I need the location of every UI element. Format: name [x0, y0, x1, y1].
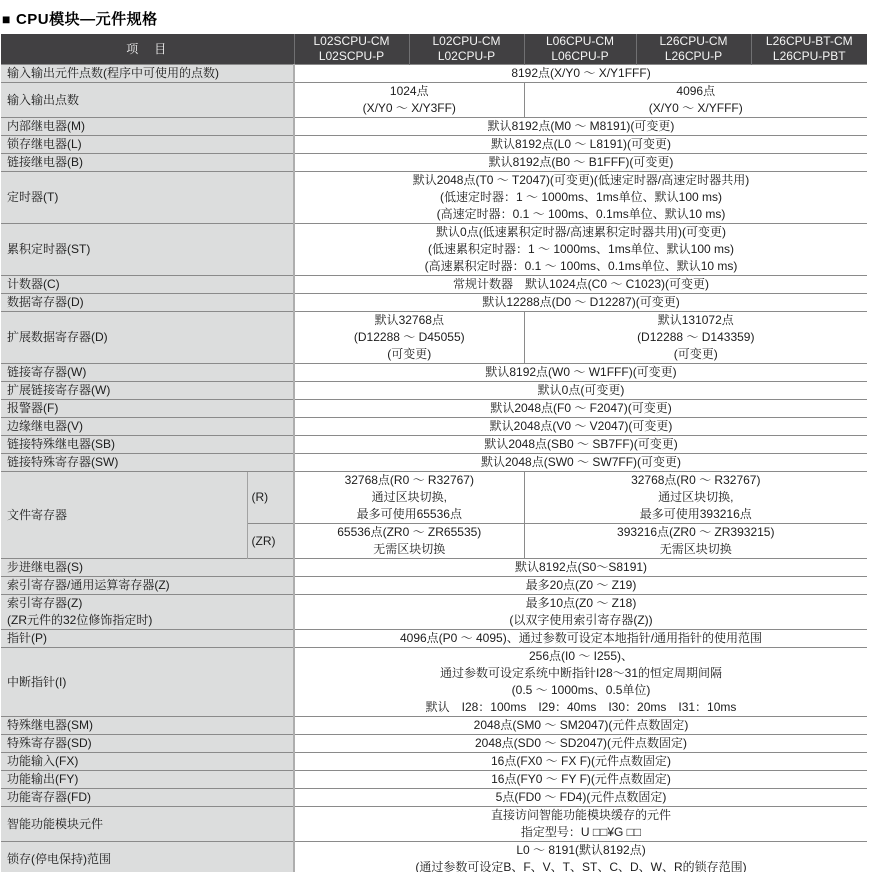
row-value: 4096点(P0 ～ 4095)、通过参数可设定本地指针/通用指针的使用范围 — [294, 630, 867, 648]
row-label: 扩展数据寄存器(D) — [1, 312, 294, 364]
row-label: 计数器(C) — [1, 276, 294, 294]
row-sub-label: (ZR) — [247, 524, 294, 559]
table-row: 内部继电器(M)默认8192点(M0 ～ M8191)(可变更) — [1, 118, 867, 136]
row-value: 默认2048点(F0 ～ F2047)(可变更) — [294, 400, 867, 418]
row-value: 5点(FD0 ～ FD4)(元件点数固定) — [294, 789, 867, 807]
row-label: 索引寄存器(Z)(ZR元件的32位修饰指定时) — [1, 595, 294, 630]
row-group-label: 文件寄存器 — [1, 472, 247, 559]
header-model-label: L02SCPU-CML02SCPU-P — [294, 34, 409, 65]
header-model-label: L26CPU-BT-CML26CPU-PBT — [751, 34, 867, 65]
row-value-left: 1024点(X/Y0 ～ X/Y3FF) — [294, 83, 524, 118]
header-model-label: L26CPU-CML26CPU-P — [636, 34, 751, 65]
row-label: 步进继电器(S) — [1, 559, 294, 577]
header-row: 项 目L02SCPU-CML02SCPU-PL02CPU-CML02CPU-PL… — [1, 34, 867, 65]
row-value: 默认0点(低速累积定时器/高速累积定时器共用)(可变更)(低速累积定时器：1 ～… — [294, 224, 867, 276]
row-label: 索引寄存器/通用运算寄存器(Z) — [1, 577, 294, 595]
table-row: 锁存(停电保持)范围L0 ～ 8191(默认8192点)(通过参数可设定B、F、… — [1, 842, 867, 872]
table-row: 特殊寄存器(SD)2048点(SD0 ～ SD2047)(元件点数固定) — [1, 735, 867, 753]
table-row: 步进继电器(S)默认8192点(S0～S8191) — [1, 559, 867, 577]
row-label: 扩展链接寄存器(W) — [1, 382, 294, 400]
table-row: 指针(P)4096点(P0 ～ 4095)、通过参数可设定本地指针/通用指针的使… — [1, 630, 867, 648]
row-value: L0 ～ 8191(默认8192点)(通过参数可设定B、F、V、T、ST、C、D… — [294, 842, 867, 872]
row-label: 报警器(F) — [1, 400, 294, 418]
row-value: 常规计数器 默认1024点(C0 ～ C1023)(可变更) — [294, 276, 867, 294]
row-label: 定时器(T) — [1, 172, 294, 224]
row-label: 智能功能模块元件 — [1, 807, 294, 842]
table-row: 累积定时器(ST)默认0点(低速累积定时器/高速累积定时器共用)(可变更)(低速… — [1, 224, 867, 276]
row-value: 默认8192点(S0～S8191) — [294, 559, 867, 577]
row-value: 最多20点(Z0 ～ Z19) — [294, 577, 867, 595]
row-value: 默认0点(可变更) — [294, 382, 867, 400]
row-label: 累积定时器(ST) — [1, 224, 294, 276]
row-value: 默认8192点(L0 ～ L8191)(可变更) — [294, 136, 867, 154]
row-sub-label: (R) — [247, 472, 294, 524]
row-label: 指针(P) — [1, 630, 294, 648]
header-model-label: L06CPU-CML06CPU-P — [524, 34, 636, 65]
row-label: 特殊寄存器(SD) — [1, 735, 294, 753]
row-label: 链接寄存器(W) — [1, 364, 294, 382]
table-row: 扩展数据寄存器(D)默认32768点(D12288 ～ D45055)(可变更)… — [1, 312, 867, 364]
row-value: 默认8192点(M0 ～ M8191)(可变更) — [294, 118, 867, 136]
section-marker-icon: ■ — [2, 12, 11, 26]
table-row: 数据寄存器(D)默认12288点(D0 ～ D12287)(可变更) — [1, 294, 867, 312]
table-row: 功能寄存器(FD)5点(FD0 ～ FD4)(元件点数固定) — [1, 789, 867, 807]
table-row: 锁存继电器(L)默认8192点(L0 ～ L8191)(可变更) — [1, 136, 867, 154]
header-model-label: L02CPU-CML02CPU-P — [409, 34, 524, 65]
row-label: 链接继电器(B) — [1, 154, 294, 172]
table-row: 文件寄存器(R)32768点(R0 ～ R32767)通过区块切换,最多可使用6… — [1, 472, 867, 524]
table-row: 特殊继电器(SM)2048点(SM0 ～ SM2047)(元件点数固定) — [1, 717, 867, 735]
table-row: 智能功能模块元件直接访问智能功能模块缓存的元件指定型号：U □□¥G □□ — [1, 807, 867, 842]
row-value-left: 65536点(ZR0 ～ ZR65535)无需区块切换 — [294, 524, 524, 559]
row-label: 中断指针(I) — [1, 648, 294, 717]
row-value-left: 32768点(R0 ～ R32767)通过区块切换,最多可使用65536点 — [294, 472, 524, 524]
table-row: 输入输出点数1024点(X/Y0 ～ X/Y3FF)4096点(X/Y0 ～ X… — [1, 83, 867, 118]
row-value: 默认12288点(D0 ～ D12287)(可变更) — [294, 294, 867, 312]
section-title: ■ CPU模块—元件规格 — [2, 8, 867, 29]
row-label: 功能输出(FY) — [1, 771, 294, 789]
table-row: 索引寄存器(Z)(ZR元件的32位修饰指定时)最多10点(Z0 ～ Z18)(以… — [1, 595, 867, 630]
table-row: 输入输出元件点数(程序中可使用的点数)8192点(X/Y0 ～ X/Y1FFF) — [1, 65, 867, 83]
table-row: 计数器(C)常规计数器 默认1024点(C0 ～ C1023)(可变更) — [1, 276, 867, 294]
row-value: 直接访问智能功能模块缓存的元件指定型号：U □□¥G □□ — [294, 807, 867, 842]
row-label: 输入输出点数 — [1, 83, 294, 118]
row-value: 最多10点(Z0 ～ Z18)(以双字使用索引寄存器(Z)) — [294, 595, 867, 630]
row-value: 默认2048点(SW0 ～ SW7FF)(可变更) — [294, 454, 867, 472]
row-value: 2048点(SM0 ～ SM2047)(元件点数固定) — [294, 717, 867, 735]
table-row: 扩展链接寄存器(W)默认0点(可变更) — [1, 382, 867, 400]
row-label: 锁存继电器(L) — [1, 136, 294, 154]
catalog-page: ■ CPU模块—元件规格 项 目L02SCPU-CML02SCPU-PL02CP… — [0, 0, 878, 872]
table-row: 链接继电器(B)默认8192点(B0 ～ B1FFF)(可变更) — [1, 154, 867, 172]
row-value-right: 4096点(X/Y0 ～ X/YFFF) — [524, 83, 867, 118]
row-value: 默认8192点(B0 ～ B1FFF)(可变更) — [294, 154, 867, 172]
table-row: 链接寄存器(W)默认8192点(W0 ～ W1FFF)(可变更) — [1, 364, 867, 382]
row-label: 功能输入(FX) — [1, 753, 294, 771]
row-label: 输入输出元件点数(程序中可使用的点数) — [1, 65, 294, 83]
table-row: 边缘继电器(V)默认2048点(V0 ～ V2047)(可变更) — [1, 418, 867, 436]
row-label: 数据寄存器(D) — [1, 294, 294, 312]
row-value-right: 393216点(ZR0 ～ ZR393215)无需区块切换 — [524, 524, 867, 559]
row-value: 默认8192点(W0 ～ W1FFF)(可变更) — [294, 364, 867, 382]
spec-table-head: 项 目L02SCPU-CML02SCPU-PL02CPU-CML02CPU-PL… — [1, 34, 867, 65]
row-label: 链接特殊继电器(SB) — [1, 436, 294, 454]
row-value-right: 32768点(R0 ～ R32767)通过区块切换,最多可使用393216点 — [524, 472, 867, 524]
row-label: 锁存(停电保持)范围 — [1, 842, 294, 872]
row-value: 默认2048点(V0 ～ V2047)(可变更) — [294, 418, 867, 436]
table-row: 功能输出(FY)16点(FY0 ～ FY F)(元件点数固定) — [1, 771, 867, 789]
table-row: 索引寄存器/通用运算寄存器(Z)最多20点(Z0 ～ Z19) — [1, 577, 867, 595]
row-label: 边缘继电器(V) — [1, 418, 294, 436]
row-value: 默认2048点(SB0 ～ SB7FF)(可变更) — [294, 436, 867, 454]
row-value: 16点(FX0 ～ FX F)(元件点数固定) — [294, 753, 867, 771]
spec-table-body: 输入输出元件点数(程序中可使用的点数)8192点(X/Y0 ～ X/Y1FFF)… — [1, 65, 867, 872]
row-value: 默认2048点(T0 ～ T2047)(可变更)(低速定时器/高速定时器共用)(… — [294, 172, 867, 224]
row-label: 特殊继电器(SM) — [1, 717, 294, 735]
section-title-text: CPU模块—元件规格 — [16, 8, 158, 29]
row-label: 链接特殊寄存器(SW) — [1, 454, 294, 472]
row-value: 16点(FY0 ～ FY F)(元件点数固定) — [294, 771, 867, 789]
table-row: 功能输入(FX)16点(FX0 ～ FX F)(元件点数固定) — [1, 753, 867, 771]
row-label: 内部继电器(M) — [1, 118, 294, 136]
row-value: 256点(I0 ～ I255)、通过参数可设定系统中断指针I28～31的恒定周期… — [294, 648, 867, 717]
row-value: 2048点(SD0 ～ SD2047)(元件点数固定) — [294, 735, 867, 753]
row-label: 功能寄存器(FD) — [1, 789, 294, 807]
table-row: 中断指针(I)256点(I0 ～ I255)、通过参数可设定系统中断指针I28～… — [1, 648, 867, 717]
table-row: 定时器(T)默认2048点(T0 ～ T2047)(可变更)(低速定时器/高速定… — [1, 172, 867, 224]
row-value-left: 默认32768点(D12288 ～ D45055)(可变更) — [294, 312, 524, 364]
header-item-label: 项 目 — [1, 34, 294, 65]
table-row: 链接特殊寄存器(SW)默认2048点(SW0 ～ SW7FF)(可变更) — [1, 454, 867, 472]
cpu-spec-table: 项 目L02SCPU-CML02SCPU-PL02CPU-CML02CPU-PL… — [1, 34, 867, 872]
table-row: 链接特殊继电器(SB)默认2048点(SB0 ～ SB7FF)(可变更) — [1, 436, 867, 454]
table-row: 报警器(F)默认2048点(F0 ～ F2047)(可变更) — [1, 400, 867, 418]
row-value-right: 默认131072点(D12288 ～ D143359)(可变更) — [524, 312, 867, 364]
row-value: 8192点(X/Y0 ～ X/Y1FFF) — [294, 65, 867, 83]
